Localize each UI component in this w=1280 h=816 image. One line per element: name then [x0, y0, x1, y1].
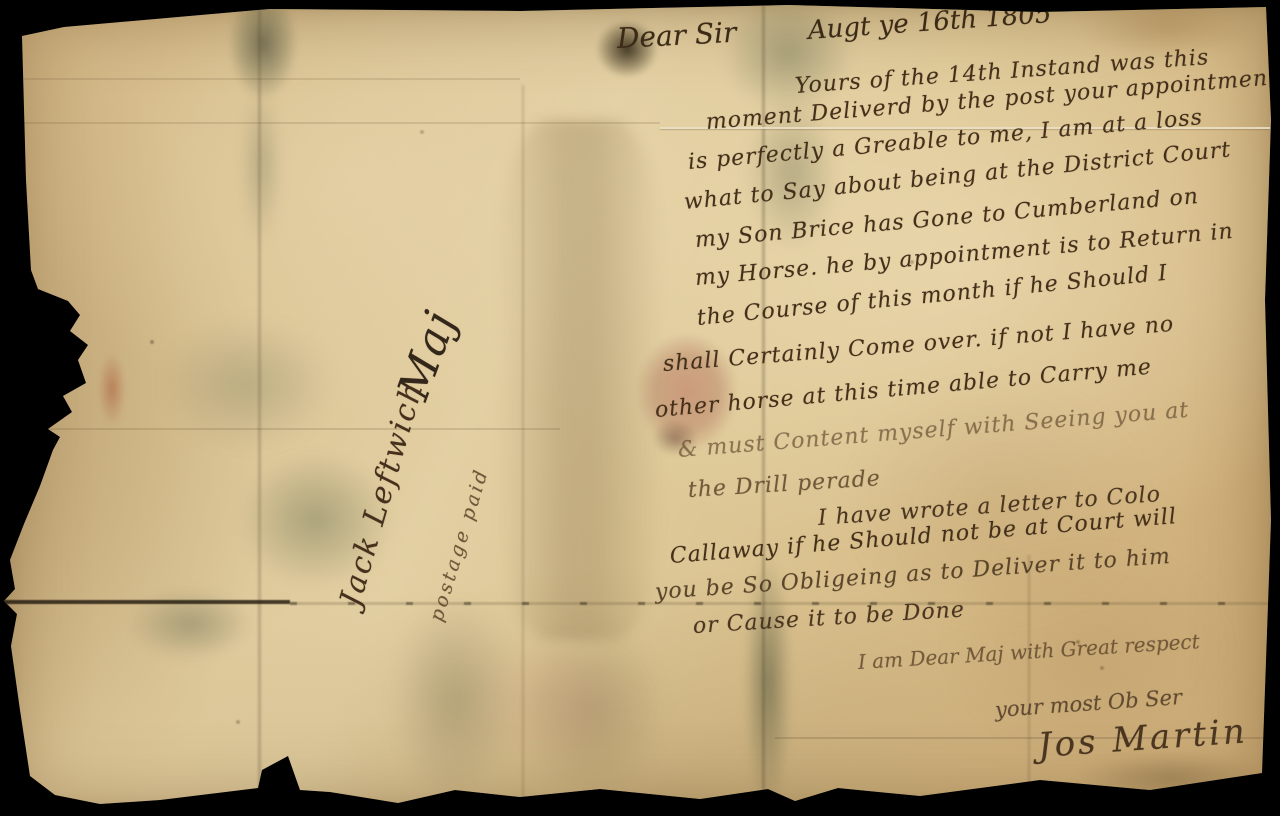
- scan-background: Dear Sir Augt ye 16th 1805 Yours of the …: [0, 0, 1280, 816]
- salutation: Dear Sir: [616, 16, 737, 55]
- letter-paper: Dear Sir Augt ye 16th 1805 Yours of the …: [0, 0, 1280, 816]
